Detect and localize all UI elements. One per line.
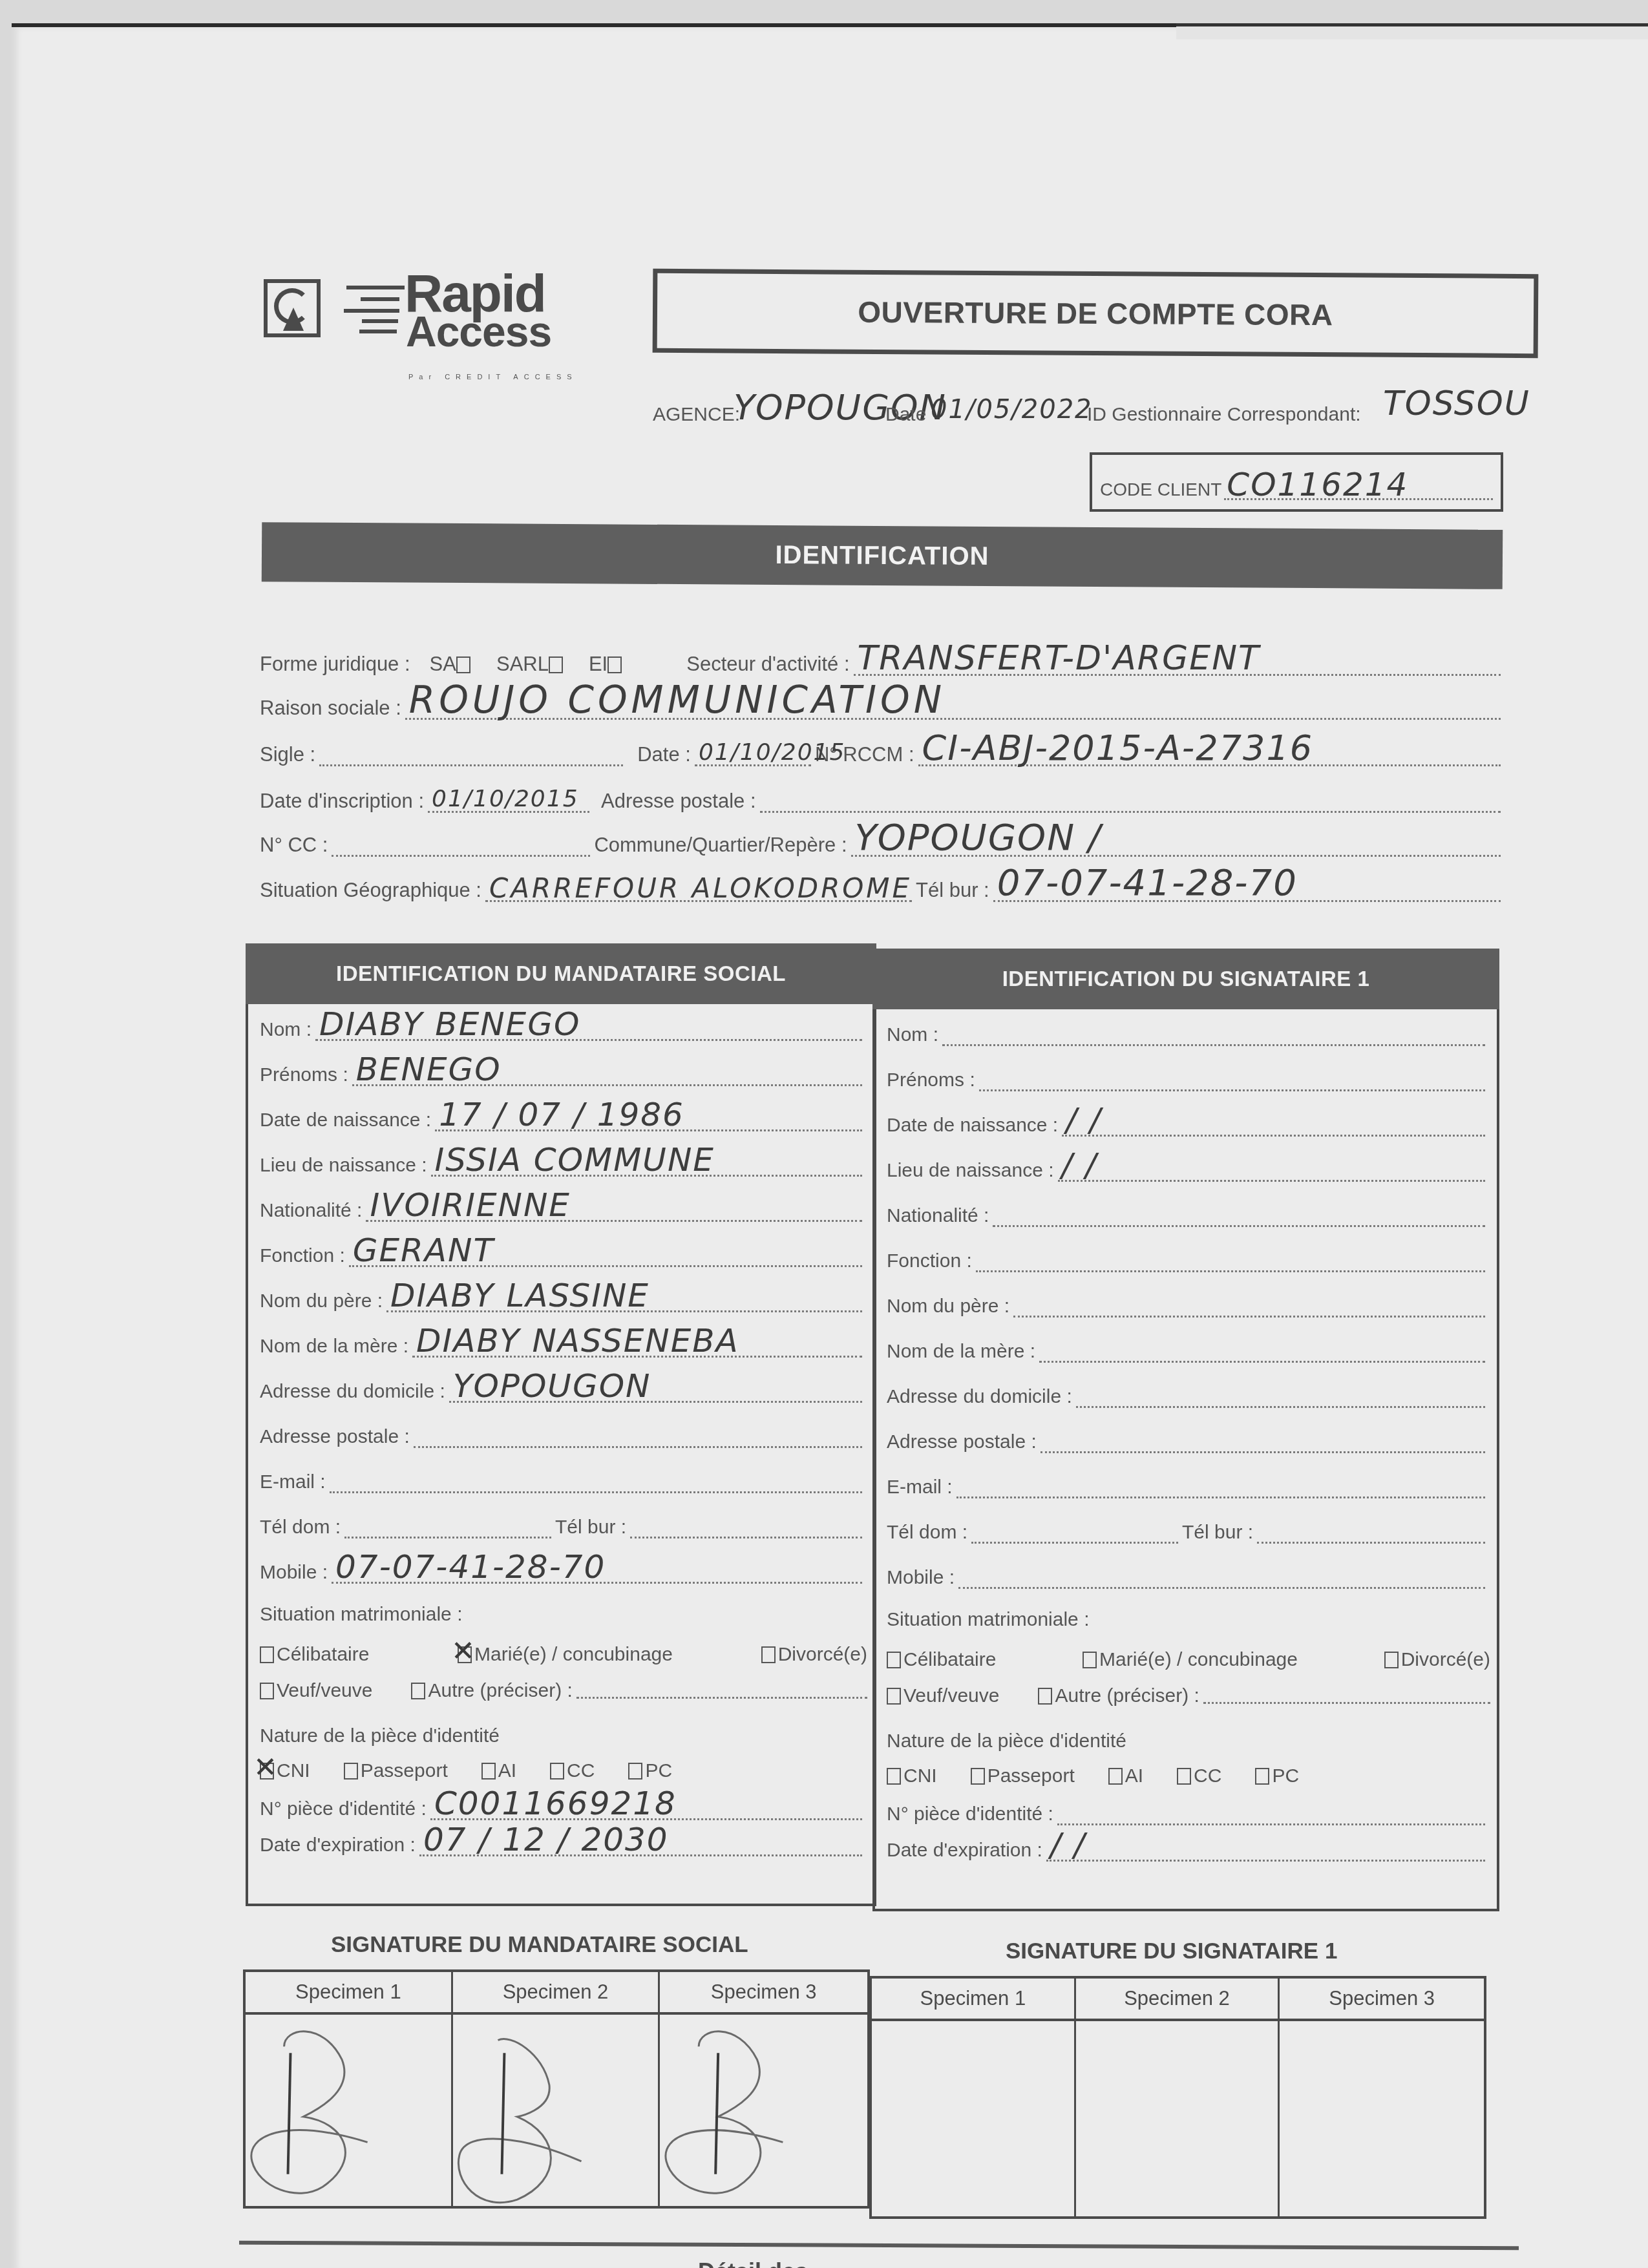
mandataire-piece-option-label: PC (645, 1760, 672, 1781)
forme-juridique-row: Forme juridique : SA SARL EI Secteur d'a… (260, 653, 1501, 676)
date-label: Date (885, 404, 926, 426)
mandataire-prenoms-label: Prénoms : (260, 1064, 348, 1086)
signataire-situation-option-veuf-veuve[interactable]: Veuf/veuve (887, 1685, 999, 1707)
signataire-mobile-line (958, 1566, 1485, 1589)
mandataire-mobile-label: Mobile : (260, 1562, 328, 1584)
signataire-piece-option-label: AI (1125, 1765, 1143, 1787)
checkbox-sa[interactable] (456, 656, 470, 673)
mandataire-nationalite-field[interactable]: IVOIRIENNE (370, 1186, 571, 1224)
mandataire-nom-row: Nom : DIABY BENEGO (260, 1018, 862, 1041)
date-creation-line: 01/10/2015 (695, 744, 811, 766)
situation-geo-field[interactable]: CARREFOUR ALOKODROME (489, 872, 912, 904)
brand-name-access: Access (406, 310, 551, 353)
signataire-adresse-postale-line (1041, 1431, 1485, 1453)
mandataire-num-piece-field[interactable]: C0011669218 (434, 1785, 677, 1822)
checkbox-sarl[interactable] (549, 656, 563, 673)
signataire-nom-de-la-mere-row: Nom de la mère : (887, 1340, 1485, 1363)
option-ei-label: EI (589, 653, 607, 675)
handwritten-signature-icon (246, 2015, 451, 2206)
mandataire-section: IDENTIFICATION DU MANDATAIRE SOCIAL Nom … (246, 943, 876, 1906)
mandataire-date-de-naissance-line: 17 / 07 / 1986 (435, 1109, 862, 1131)
signataire-num-piece-label: N° pièce d'identité : (887, 1803, 1053, 1825)
mandataire-situation-options-row1: CélibataireMarié(e) / concubinageDivorcé… (260, 1644, 867, 1666)
mandataire-nom-field[interactable]: DIABY BENEGO (319, 1005, 580, 1043)
mandataire-checkbox-cc[interactable] (550, 1763, 564, 1780)
signataire-prenoms-row: Prénoms : (887, 1069, 1485, 1091)
situation-geo-label: Situation Géographique : (260, 879, 481, 902)
signataire-date-de-naissance-line: / / (1062, 1114, 1485, 1137)
raison-sociale-row: Raison sociale : ROUJO COMMUNICATION (260, 697, 1501, 720)
gestionnaire-label: ID Gestionnaire Correspondant: (1087, 404, 1361, 426)
signataire-lieu-de-naissance-label: Lieu de naissance : (887, 1160, 1054, 1182)
signataire-lieu-de-naissance-field[interactable]: / / (1062, 1146, 1098, 1184)
mandataire-e-mail-row: E-mail : (260, 1471, 862, 1493)
signataire-num-piece-line (1057, 1803, 1485, 1825)
speed-line-icon (361, 297, 399, 301)
mandataire-tel-dom-line (344, 1516, 551, 1538)
adresse-postale-line (760, 790, 1501, 813)
signataire-option-label: Célibataire (903, 1649, 996, 1670)
date-creation-field[interactable]: 01/10/2015 (699, 739, 846, 766)
signataire-piece-option-cni[interactable]: CNI (887, 1765, 937, 1787)
brand-tagline: Par CREDIT ACCESS (408, 373, 578, 381)
specimen-1-signature-box[interactable] (246, 2015, 453, 2206)
signataire-fonction-line (976, 1250, 1485, 1272)
tel-bur-field[interactable]: 07-07-41-28-70 (997, 862, 1298, 904)
mandataire-fonction-label: Fonction : (260, 1245, 345, 1267)
signataire-nationalite-label: Nationalité : (887, 1205, 989, 1227)
signataire-piece-heading: Nature de la pièce d'identité (887, 1730, 1490, 1752)
signataire-piece-label: Nature de la pièce d'identité (887, 1730, 1126, 1752)
mandataire-e-mail-line (330, 1471, 862, 1493)
signataire-nom-du-pere-label: Nom du père : (887, 1296, 1009, 1318)
signataire-piece-option-cc[interactable]: CC (1177, 1765, 1221, 1787)
mandataire-piece-label: Nature de la pièce d'identité (260, 1725, 500, 1747)
code-client-box: CODE CLIENT CO116214 (1090, 452, 1503, 512)
rccm-field[interactable]: CI-ABJ-2015-A-27316 (922, 728, 1314, 768)
mandataire-signature-title: SIGNATURE DU MANDATAIRE SOCIAL (331, 1932, 748, 1958)
signataire-heading-bar: IDENTIFICATION DU SIGNATAIRE 1 (872, 949, 1499, 1009)
agency-row: AGENCE: YOPOUGON Date 01/05/2022 ID Gest… (653, 391, 1558, 443)
signataire-nom-du-pere-line (1013, 1295, 1485, 1318)
mandataire-checkbox-autre-preciser[interactable] (411, 1683, 425, 1699)
mandataire-expiration-label: Date d'expiration : (260, 1834, 416, 1856)
commune-label: Commune/Quartier/Repère : (594, 834, 847, 857)
mandataire-num-piece-row: N° pièce d'identité : C0011669218 (260, 1798, 862, 1820)
signataire-nom-de-la-mere-label: Nom de la mère : (887, 1341, 1035, 1363)
mandataire-heading: IDENTIFICATION DU MANDATAIRE SOCIAL (336, 961, 786, 986)
mandataire-piece-option-ai[interactable]: AI (481, 1760, 516, 1782)
signataire-nationalite-line (993, 1204, 1485, 1227)
signataire-option-label: Autre (préciser) : (1055, 1685, 1199, 1706)
mandataire-fonction-field[interactable]: GERANT (353, 1232, 494, 1269)
mandataire-lieu-de-naissance-line: ISSIA COMMUNE (431, 1154, 862, 1177)
tel-bur-label: Tél bur : (916, 879, 989, 902)
signataire-nom-row: Nom : (887, 1024, 1485, 1046)
sigle-line (319, 744, 623, 766)
situation-geo-line: CARREFOUR ALOKODROME (485, 879, 912, 902)
signataire-piece-option-label: CNI (903, 1765, 937, 1787)
mandataire-situation-option-divorce-e[interactable]: Divorcé(e) (761, 1644, 867, 1666)
situation-geo-row: Situation Géographique : CARREFOUR ALOKO… (260, 879, 1501, 902)
handwritten-signature-icon (453, 2015, 659, 2206)
specimen-3-signature-box[interactable] (1280, 2021, 1484, 2216)
signataire-piece-option-label: CC (1194, 1765, 1221, 1787)
mandataire-adresse-postale-label: Adresse postale : (260, 1426, 410, 1448)
mandataire-situation-label: Situation matrimoniale : (260, 1604, 462, 1626)
raison-sociale-field[interactable]: ROUJO COMMUNICATION (409, 678, 945, 722)
page-fold (1176, 23, 1648, 39)
mandataire-specimen-table: Specimen 1Specimen 2Specimen 3 (243, 1969, 870, 2209)
credit-access-emblem-icon (264, 279, 321, 337)
signataire-expiration-line: / / (1046, 1839, 1485, 1862)
mandataire-nom-du-pere-row: Nom du père : DIABY LASSINE (260, 1290, 862, 1312)
mandataire-adresse-du-domicile-field[interactable]: YOPOUGON (453, 1367, 651, 1405)
commune-field[interactable]: YOPOUGON / (855, 817, 1102, 859)
signataire-section: IDENTIFICATION DU SIGNATAIRE 1 Nom : Pré… (872, 949, 1499, 1911)
date-inscription-field[interactable]: 01/10/2015 (432, 786, 579, 812)
mandataire-adresse-postale-row: Adresse postale : (260, 1425, 862, 1448)
signataire-e-mail-row: E-mail : (887, 1476, 1485, 1498)
mandataire-mobile-row: Mobile : 07-07-41-28-70 (260, 1561, 862, 1584)
mandataire-e-mail-label: E-mail : (260, 1471, 326, 1493)
ncc-label: N° CC : (260, 834, 328, 857)
mandataire-situation-options-row2: Veuf/veuveAutre (préciser) : (260, 1680, 867, 1702)
specimen-3-header: Specimen 3 (660, 1972, 867, 2015)
signataire-tel-dom-line (971, 1521, 1178, 1544)
mandataire-piece-option-label: CNI (277, 1760, 310, 1781)
mandataire-expiration-field[interactable]: 07 / 12 / 2030 (423, 1821, 669, 1858)
form-title: OUVERTURE DE COMPTE CORA (858, 295, 1333, 332)
mandataire-checkbox-ai[interactable] (481, 1763, 496, 1780)
option-sarl-label: SARL (496, 653, 549, 675)
mandataire-tel-dom-label: Tél dom : (260, 1517, 341, 1538)
signataire-situation-label: Situation matrimoniale : (887, 1609, 1089, 1631)
tel-bur-line: 07-07-41-28-70 (993, 879, 1501, 902)
specimen-3-signature-box[interactable] (660, 2015, 867, 2206)
mandataire-piece-option-pc[interactable]: PC (628, 1760, 672, 1782)
mandataire-expiration-row: Date d'expiration : 07 / 12 / 2030 (260, 1834, 862, 1856)
mandataire-situation-option-veuf-veuve[interactable]: Veuf/veuve (260, 1680, 372, 1702)
signataire-checkbox-autre-preciser[interactable] (1038, 1688, 1052, 1705)
speed-line-icon (362, 319, 398, 323)
sigle-row: Sigle : Date : 01/10/2015 N° RCCM : CI-A… (260, 743, 1501, 766)
sigle-label: Sigle : (260, 743, 315, 766)
signataire-expiration-label: Date d'expiration : (887, 1840, 1042, 1862)
mandataire-nom-du-pere-line: DIABY LASSINE (386, 1290, 862, 1312)
signataire-checkbox-marie-e-concubinage[interactable] (1083, 1652, 1097, 1668)
specimen-1-header: Specimen 1 (246, 1972, 453, 2015)
mandataire-option-label: Marié(e) / concubinage (474, 1644, 673, 1665)
specimen-1-header: Specimen 1 (872, 1979, 1076, 2021)
signataire-prenoms-label: Prénoms : (887, 1069, 975, 1091)
signataire-signature-title: SIGNATURE DU SIGNATAIRE 1 (1006, 1938, 1337, 1964)
mandataire-checkbox-veuf-veuve[interactable] (260, 1683, 274, 1699)
signataire-option-label: Veuf/veuve (903, 1685, 999, 1706)
signataire-fonction-row: Fonction : (887, 1250, 1485, 1272)
mandataire-nom-du-pere-field[interactable]: DIABY LASSINE (390, 1277, 650, 1314)
signataire-piece-option-label: PC (1272, 1765, 1299, 1787)
mandataire-checkbox-cni[interactable] (260, 1763, 274, 1780)
mandataire-lieu-de-naissance-label: Lieu de naissance : (260, 1155, 427, 1177)
signataire-nationalite-row: Nationalité : (887, 1204, 1485, 1227)
mandataire-situation-option-autre-preciser[interactable]: Autre (préciser) : (411, 1680, 572, 1702)
signataire-situation-heading: Situation matrimoniale : (887, 1609, 1490, 1631)
mandataire-fonction-row: Fonction : GERANT (260, 1244, 862, 1267)
mandataire-piece-option-cc[interactable]: CC (550, 1760, 595, 1782)
gestionnaire-field[interactable]: TOSSOU (1383, 384, 1530, 423)
mandataire-fonction-line: GERANT (349, 1244, 862, 1267)
signataire-adresse-postale-row: Adresse postale : (887, 1431, 1485, 1453)
signataire-tel-row: Tél dom : Tél bur : (887, 1521, 1485, 1544)
adresse-postale-label: Adresse postale : (601, 790, 756, 813)
mandataire-checkbox-passeport[interactable] (344, 1763, 358, 1780)
mandataire-date-de-naissance-label: Date de naissance : (260, 1109, 431, 1131)
speed-line-icon (359, 330, 397, 333)
signataire-situation-option-divorce-e[interactable]: Divorcé(e) (1384, 1649, 1490, 1671)
mandataire-date-de-naissance-row: Date de naissance : 17 / 07 / 1986 (260, 1109, 862, 1131)
signataire-nom-line (942, 1024, 1485, 1046)
date-inscription-row: Date d'inscription : 01/10/2015 Adresse … (260, 790, 1501, 813)
signataire-e-mail-label: E-mail : (887, 1476, 953, 1498)
signataire-checkbox-cc[interactable] (1177, 1768, 1191, 1785)
mandataire-nom-de-la-mere-line: DIABY NASSENEBA (412, 1335, 862, 1358)
signataire-option-label: Divorcé(e) (1401, 1649, 1490, 1670)
signataire-adresse-postale-label: Adresse postale : (887, 1431, 1037, 1453)
raison-sociale-label: Raison sociale : (260, 697, 401, 720)
signataire-fonction-label: Fonction : (887, 1250, 972, 1272)
commune-line: YOPOUGON / (851, 834, 1501, 857)
mandataire-prenoms-row: Prénoms : BENEGO (260, 1064, 862, 1086)
mandataire-adresse-du-domicile-line: YOPOUGON (449, 1380, 862, 1403)
code-client-dots: CO116214 (1224, 481, 1493, 500)
signataire-checkbox-passeport[interactable] (971, 1768, 985, 1785)
mandataire-date-de-naissance-field[interactable]: 17 / 07 / 1986 (439, 1096, 684, 1133)
mandataire-piece-option-label: Passeport (361, 1760, 448, 1781)
mandataire-adresse-du-domicile-label: Adresse du domicile : (260, 1381, 445, 1403)
mandataire-situation-heading: Situation matrimoniale : (260, 1604, 867, 1626)
specimen-2-header: Specimen 2 (453, 1972, 660, 2015)
mandataire-piece-option-passeport[interactable]: Passeport (344, 1760, 448, 1782)
signataire-e-mail-line (956, 1476, 1485, 1498)
signataire-piece-option-passeport[interactable]: Passeport (971, 1765, 1075, 1787)
signataire-situation-options-row2: Veuf/veuveAutre (préciser) : (887, 1685, 1490, 1707)
signataire-nom-de-la-mere-line (1039, 1340, 1485, 1363)
mandataire-piece-option-label: AI (498, 1760, 516, 1781)
identification-heading: IDENTIFICATION (775, 540, 989, 571)
specimen-3-header: Specimen 3 (1280, 1979, 1484, 2021)
mandataire-nom-de-la-mere-row: Nom de la mère : DIABY NASSENEBA (260, 1335, 862, 1358)
signataire-lieu-de-naissance-line: / / (1058, 1159, 1485, 1182)
date-inscription-label: Date d'inscription : (260, 790, 424, 813)
date-inscription-line: 01/10/2015 (428, 790, 589, 813)
date-creation-label: Date : (637, 743, 691, 766)
signataire-checkbox-celibataire[interactable] (887, 1652, 901, 1668)
ncc-row: N° CC : Commune/Quartier/Repère : YOPOUG… (260, 834, 1501, 857)
signataire-specimen-table: Specimen 1Specimen 2Specimen 3 (869, 1976, 1486, 2219)
mandataire-prenoms-line: BENEGO (352, 1064, 862, 1086)
mandataire-nom-line: DIABY BENEGO (315, 1018, 862, 1041)
mandataire-option-label: Veuf/veuve (277, 1680, 372, 1701)
signataire-checkbox-pc[interactable] (1255, 1768, 1269, 1785)
secteur-label: Secteur d'activité : (686, 653, 849, 676)
next-section-heading-cutoff: Détail des ... (698, 2258, 834, 2268)
mandataire-tel-row: Tél dom : Tél bur : (260, 1516, 862, 1538)
signataire-tel-dom-label: Tél dom : (887, 1522, 967, 1544)
signataire-situation-option-autre-preciser[interactable]: Autre (préciser) : (1038, 1685, 1199, 1707)
signataire-lieu-de-naissance-row: Lieu de naissance : / / (887, 1159, 1485, 1182)
code-client-label: CODE CLIENT (1100, 479, 1221, 500)
signataire-piece-options: CNIPasseportAICCPC (887, 1765, 1490, 1787)
signataire-adresse-du-domicile-label: Adresse du domicile : (887, 1386, 1072, 1408)
signataire-date-de-naissance-label: Date de naissance : (887, 1115, 1058, 1137)
secteur-field[interactable]: TRANSFERT-D'ARGENT (858, 639, 1260, 678)
handwritten-signature-icon (660, 2015, 867, 2206)
specimen-2-signature-box[interactable] (453, 2015, 660, 2206)
mandataire-option-label: Célibataire (277, 1644, 369, 1665)
mandataire-lieu-de-naissance-row: Lieu de naissance : ISSIA COMMUNE (260, 1154, 862, 1177)
mandataire-piece-heading: Nature de la pièce d'identité (260, 1725, 867, 1747)
secteur-line: TRANSFERT-D'ARGENT (854, 653, 1501, 676)
mandataire-nom-du-pere-label: Nom du père : (260, 1290, 383, 1312)
signataire-checkbox-cni[interactable] (887, 1768, 901, 1785)
checkbox-ei[interactable] (607, 656, 622, 673)
signataire-expiration-row: Date d'expiration : / / (887, 1839, 1485, 1862)
raison-sociale-line: ROUJO COMMUNICATION (405, 697, 1501, 720)
signataire-prenoms-line (979, 1069, 1485, 1091)
mandataire-tel-bur-label: Tél bur : (555, 1517, 626, 1538)
date-field[interactable]: 01/05/2022 (931, 395, 1093, 425)
signataire-situation-option-celibataire[interactable]: Célibataire (887, 1649, 996, 1671)
mandataire-nationalite-line: IVOIRIENNE (366, 1199, 862, 1222)
mandataire-nom-label: Nom : (260, 1019, 312, 1041)
mandataire-nationalite-label: Nationalité : (260, 1200, 362, 1222)
mandataire-checkbox-divorce-e[interactable] (761, 1646, 776, 1663)
mandataire-adresse-du-domicile-row: Adresse du domicile : YOPOUGON (260, 1380, 862, 1403)
mandataire-expiration-line: 07 / 12 / 2030 (419, 1834, 862, 1856)
signataire-checkbox-divorce-e[interactable] (1384, 1652, 1399, 1668)
mandataire-checkbox-marie-e-concubinage[interactable] (458, 1646, 472, 1663)
mandataire-num-piece-line: C0011669218 (430, 1798, 862, 1820)
speed-line-icon (346, 286, 405, 289)
mandataire-option-label: Autre (préciser) : (428, 1680, 572, 1701)
forme-juridique-label: Forme juridique : (260, 653, 410, 676)
signataire-heading: IDENTIFICATION DU SIGNATAIRE 1 (1002, 967, 1370, 991)
signataire-situation-options-row1: CélibataireMarié(e) / concubinageDivorcé… (887, 1649, 1490, 1671)
rapid-access-logo: Rapid Access Par CREDIT ACCESS (264, 271, 587, 384)
mandataire-autre-line[interactable] (576, 1680, 867, 1699)
signataire-mobile-row: Mobile : (887, 1566, 1485, 1589)
mandataire-situation-option-celibataire[interactable]: Célibataire (260, 1644, 369, 1666)
speed-line-icon (344, 309, 399, 313)
signataire-autre-line[interactable] (1203, 1685, 1490, 1704)
mandataire-adresse-postale-line (414, 1425, 862, 1448)
signataire-nom-label: Nom : (887, 1024, 938, 1046)
option-sa-label: SA (430, 653, 456, 675)
signataire-tel-bur-line (1257, 1521, 1485, 1544)
mandataire-num-piece-label: N° pièce d'identité : (260, 1798, 427, 1820)
signataire-date-de-naissance-row: Date de naissance : / / (887, 1114, 1485, 1137)
mandataire-tel-bur-line (630, 1516, 862, 1538)
mandataire-lieu-de-naissance-field[interactable]: ISSIA COMMUNE (435, 1141, 715, 1179)
specimen-2-signature-box[interactable] (1076, 2021, 1280, 2216)
mandataire-piece-option-label: CC (567, 1760, 595, 1781)
signataire-num-piece-row: N° pièce d'identité : (887, 1803, 1485, 1825)
mandataire-checkbox-pc[interactable] (628, 1763, 642, 1780)
signataire-piece-option-label: Passeport (988, 1765, 1075, 1787)
signataire-tel-bur-label: Tél bur : (1182, 1522, 1253, 1544)
mandataire-option-label: Divorcé(e) (778, 1644, 867, 1665)
mandataire-mobile-field[interactable]: 07-07-41-28-70 (335, 1548, 606, 1586)
mandataire-nationalite-row: Nationalité : IVOIRIENNE (260, 1199, 862, 1222)
agence-label: AGENCE: (653, 404, 740, 426)
mandataire-checkbox-celibataire[interactable] (260, 1646, 274, 1663)
specimen-2-header: Specimen 2 (1076, 1979, 1280, 2021)
identification-banner: IDENTIFICATION (262, 522, 1503, 589)
mandataire-mobile-line: 07-07-41-28-70 (332, 1561, 862, 1584)
signataire-adresse-du-domicile-row: Adresse du domicile : (887, 1385, 1485, 1408)
mandataire-nom-de-la-mere-field[interactable]: DIABY NASSENEBA (416, 1322, 739, 1360)
mandataire-heading-bar: IDENTIFICATION DU MANDATAIRE SOCIAL (246, 943, 876, 1004)
rccm-line: CI-ABJ-2015-A-27316 (918, 744, 1501, 766)
signataire-expiration-field[interactable]: / / (1050, 1826, 1086, 1864)
mandataire-piece-option-cni[interactable]: CNI (260, 1760, 310, 1782)
signataire-mobile-label: Mobile : (887, 1567, 955, 1589)
mandataire-nom-de-la-mere-label: Nom de la mère : (260, 1336, 408, 1358)
signataire-option-label: Marié(e) / concubinage (1099, 1649, 1298, 1670)
signataire-piece-option-ai[interactable]: AI (1108, 1765, 1143, 1787)
mandataire-prenoms-field[interactable]: BENEGO (356, 1051, 502, 1088)
signataire-checkbox-veuf-veuve[interactable] (887, 1688, 901, 1705)
signataire-checkbox-ai[interactable] (1108, 1768, 1123, 1785)
mandataire-piece-options: CNIPasseportAICCPC (260, 1760, 867, 1782)
signataire-adresse-du-domicile-line (1076, 1385, 1485, 1408)
code-client-field[interactable]: CO116214 (1227, 466, 1408, 503)
mandataire-situation-option-marie-e-concubinage[interactable]: Marié(e) / concubinage (458, 1644, 673, 1666)
form-title-box: OUVERTURE DE COMPTE CORA (653, 269, 1539, 358)
signataire-piece-option-pc[interactable]: PC (1255, 1765, 1299, 1787)
signataire-nom-du-pere-row: Nom du père : (887, 1295, 1485, 1318)
specimen-1-signature-box[interactable] (872, 2021, 1076, 2216)
signataire-situation-option-marie-e-concubinage[interactable]: Marié(e) / concubinage (1083, 1649, 1298, 1671)
ncc-line (332, 834, 590, 857)
signataire-date-de-naissance-field[interactable]: / / (1066, 1101, 1102, 1139)
